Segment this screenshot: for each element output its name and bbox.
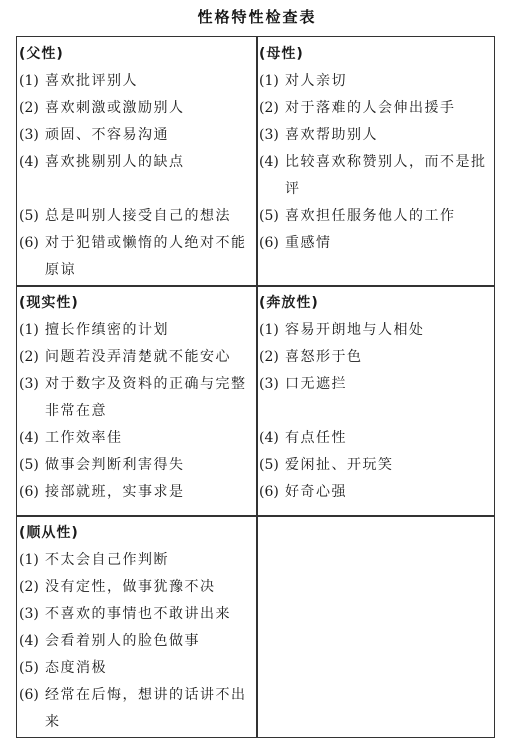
item-text: 擅长作缜密的计划 [45,317,256,344]
item-number: (1) [259,317,285,344]
item-text: 喜怒形于色 [285,344,494,371]
list-item: (2)问题若没弄清楚就不能安心 [19,344,256,371]
item-text: 喜欢挑剔别人的缺点 [45,149,256,176]
list-item: (1)喜欢批评别人 [19,68,256,95]
list-item: (3)喜欢帮助别人 [259,122,494,149]
item-number: (3) [259,371,285,398]
item-number: (3) [259,122,285,149]
item-number: (6) [19,682,45,736]
section-heading: (奔放性) [259,290,494,317]
list-item: (1)容易开朗地与人相处 [259,317,494,344]
item-text: 做事会判断利害得失 [45,452,256,479]
list-item: (4)喜欢挑剔别人的缺点 [19,149,256,176]
item-number: (5) [259,452,285,479]
list-item: (2)没有定性，做事犹豫不决 [19,574,256,601]
item-number: (6) [259,479,285,506]
list-item: (6)重感情 [259,230,494,257]
list-item: (3)不喜欢的事情也不敢讲出来 [19,601,256,628]
list-item: (5)喜欢担任服务他人的工作 [259,203,494,230]
item-text: 爱闲扯、开玩笑 [285,452,494,479]
list-item: (4)工作效率佳 [19,425,256,452]
item-number: (2) [19,574,45,601]
item-text: 不太会自己作判断 [45,547,256,574]
item-number: (1) [19,317,45,344]
section-heading: (顺从性) [19,520,256,547]
list-item: (5)总是叫别人接受自己的想法 [19,203,256,230]
item-number: (6) [19,230,45,284]
item-text: 不喜欢的事情也不敢讲出来 [45,601,256,628]
item-text: 问题若没弄清楚就不能安心 [45,344,256,371]
list-item: (2)喜怒形于色 [259,344,494,371]
list-item: (3)对于数字及资料的正确与完整非常在意 [19,371,256,425]
item-text: 工作效率佳 [45,425,256,452]
list-item: (5)做事会判断利害得失 [19,452,256,479]
item-number: (1) [259,68,285,95]
item-number: (5) [19,203,45,230]
item-number: (1) [19,547,45,574]
item-text: 有点任性 [285,425,494,452]
personality-checklist-table: (父性) (1)喜欢批评别人 (2)喜欢刺激或激励别人 (3)顽固、不容易沟通 … [16,36,495,738]
item-number: (4) [259,425,285,452]
item-number: (4) [19,425,45,452]
section-paternal: (父性) (1)喜欢批评别人 (2)喜欢刺激或激励别人 (3)顽固、不容易沟通 … [17,37,256,284]
item-text: 没有定性，做事犹豫不决 [45,574,256,601]
item-text: 对于落难的人会伸出援手 [285,95,494,122]
list-item: (1)不太会自己作判断 [19,547,256,574]
item-text: 比较喜欢称赞别人，而不是批评 [285,149,494,203]
section-heading: (现实性) [19,290,256,317]
item-text: 口无遮拦 [285,371,494,398]
item-number: (5) [19,655,45,682]
list-item: (6)接部就班，实事求是 [19,479,256,506]
list-item: (2)对于落难的人会伸出援手 [259,95,494,122]
list-item: (1)对人亲切 [259,68,494,95]
item-text: 顽固、不容易沟通 [45,122,256,149]
section-unrestrained: (奔放性) (1)容易开朗地与人相处 (2)喜怒形于色 (3)口无遮拦 (4)有… [257,286,494,506]
item-text: 总是叫别人接受自己的想法 [45,203,256,230]
item-text: 喜欢刺激或激励别人 [45,95,256,122]
item-number: (3) [19,371,45,425]
item-number: (3) [19,601,45,628]
section-compliant: (顺从性) (1)不太会自己作判断 (2)没有定性，做事犹豫不决 (3)不喜欢的… [17,516,256,736]
item-text: 喜欢批评别人 [45,68,256,95]
item-number: (2) [259,344,285,371]
section-heading: (母性) [259,41,494,68]
item-number: (5) [19,452,45,479]
item-number: (2) [19,344,45,371]
item-text: 容易开朗地与人相处 [285,317,494,344]
item-number: (5) [259,203,285,230]
item-text: 好奇心强 [285,479,494,506]
empty-cell [257,516,494,737]
list-item: (4)会看着别人的脸色做事 [19,628,256,655]
item-text: 对人亲切 [285,68,494,95]
item-text: 接部就班，实事求是 [45,479,256,506]
item-text: 重感情 [285,230,494,257]
list-item: (1)擅长作缜密的计划 [19,317,256,344]
item-text: 喜欢担任服务他人的工作 [285,203,494,230]
list-item: (6)对于犯错或懒惰的人绝对不能原谅 [19,230,256,284]
section-maternal: (母性) (1)对人亲切 (2)对于落难的人会伸出援手 (3)喜欢帮助别人 (4… [257,37,494,257]
item-number: (6) [19,479,45,506]
item-number: (2) [19,95,45,122]
item-text: 态度消极 [45,655,256,682]
item-number: (4) [259,149,285,203]
item-text: 对于犯错或懒惰的人绝对不能原谅 [45,230,256,284]
list-item: (5)态度消极 [19,655,256,682]
list-item: (6)经常在后悔，想讲的话讲不出来 [19,682,256,736]
item-number: (2) [259,95,285,122]
section-realistic: (现实性) (1)擅长作缜密的计划 (2)问题若没弄清楚就不能安心 (3)对于数… [17,286,256,506]
item-number: (3) [19,122,45,149]
list-item: (4)比较喜欢称赞别人，而不是批评 [259,149,494,203]
list-item: (2)喜欢刺激或激励别人 [19,95,256,122]
item-text: 喜欢帮助别人 [285,122,494,149]
list-item: (4)有点任性 [259,425,494,452]
list-item: (5)爱闲扯、开玩笑 [259,452,494,479]
item-text: 对于数字及资料的正确与完整非常在意 [45,371,256,425]
item-text: 会看着别人的脸色做事 [45,628,256,655]
item-number: (6) [259,230,285,257]
page-title: 性格特性检查表 [0,6,514,27]
item-number: (4) [19,628,45,655]
item-number: (1) [19,68,45,95]
list-item: (6)好奇心强 [259,479,494,506]
list-item: (3)顽固、不容易沟通 [19,122,256,149]
list-item: (3)口无遮拦 [259,371,494,398]
item-text: 经常在后悔，想讲的话讲不出来 [45,682,256,736]
section-heading: (父性) [19,41,256,68]
item-number: (4) [19,149,45,176]
